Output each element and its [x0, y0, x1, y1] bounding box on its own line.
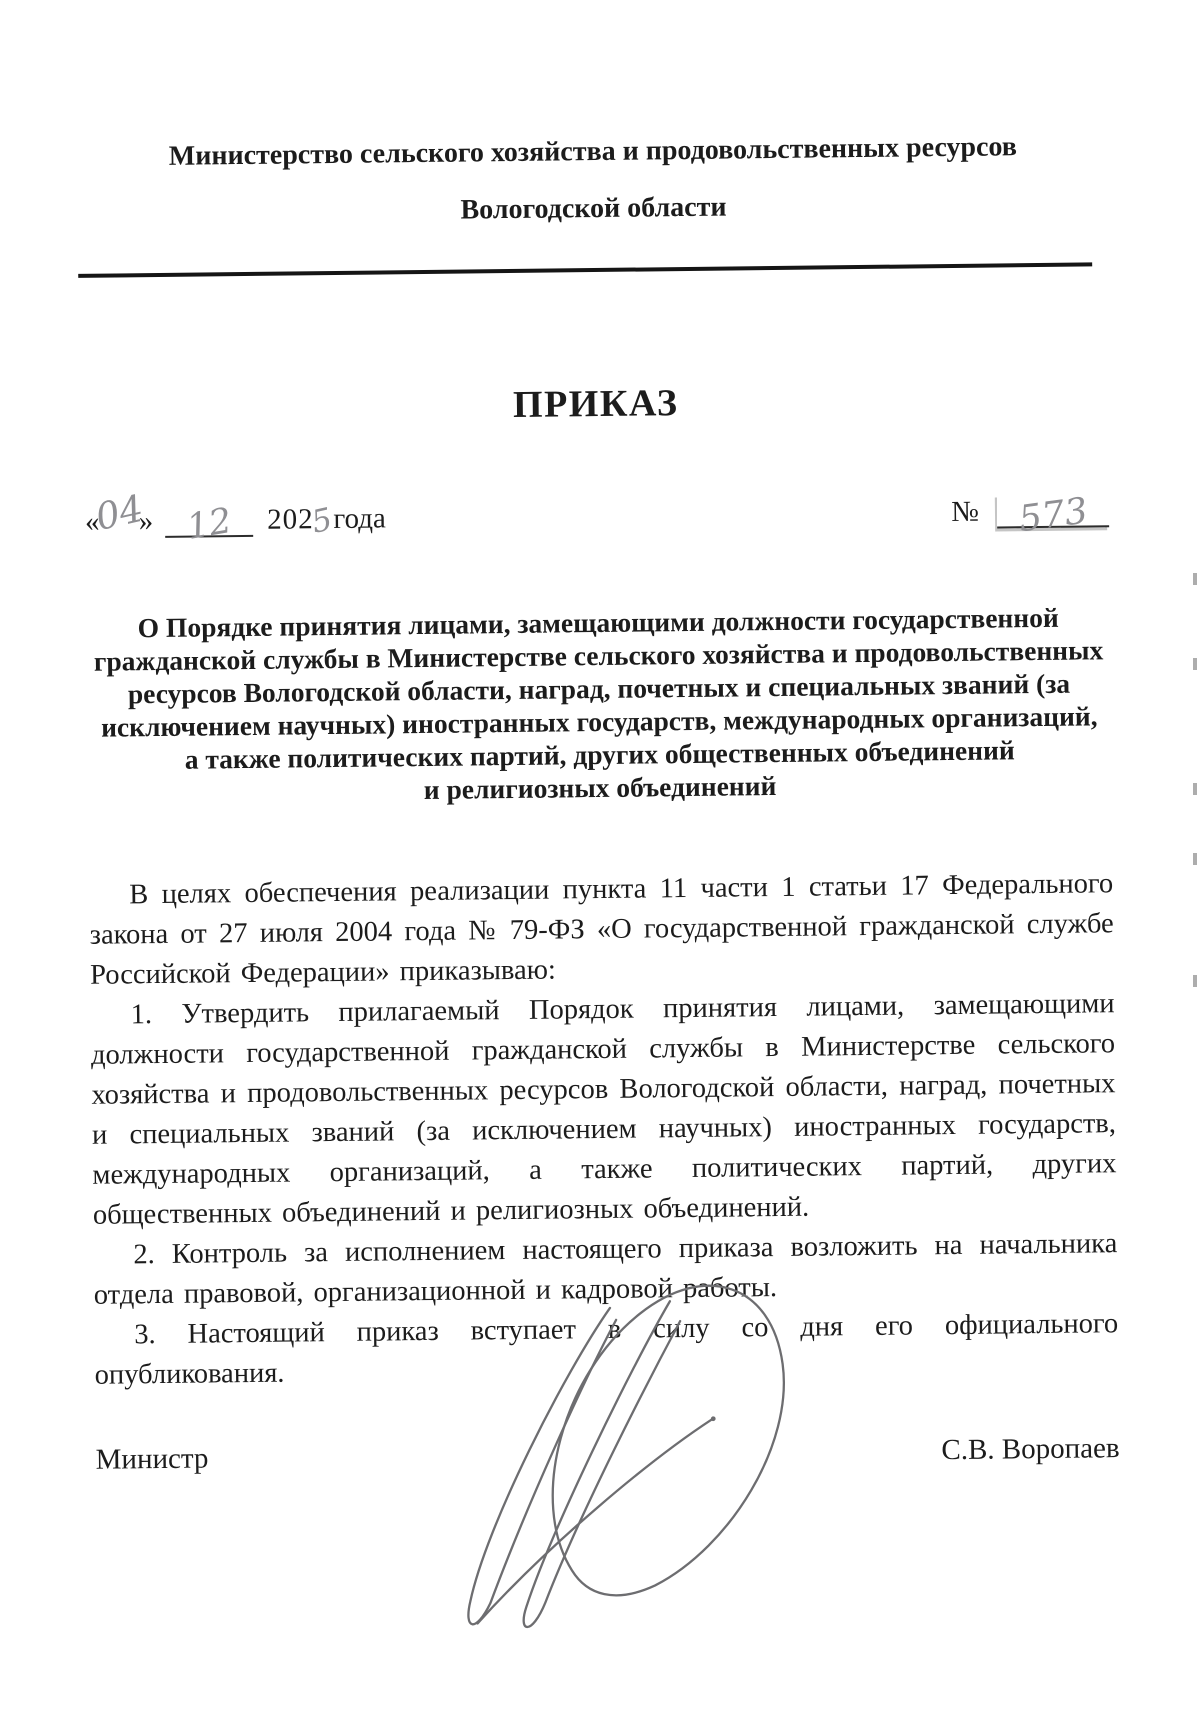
month-blank-line: 12 — [165, 503, 253, 538]
year-word: года — [333, 502, 386, 536]
handwritten-signature — [405, 1227, 830, 1672]
year-printed: 202 — [267, 503, 314, 537]
header-divider-line — [78, 262, 1092, 278]
scan-artifact-tick — [1193, 783, 1197, 795]
document-page: Министерство сельского хозяйства и продо… — [0, 0, 1200, 1736]
signature-stroke — [550, 1285, 786, 1596]
scan-artifact-tick — [1193, 853, 1197, 865]
signature-stroke — [475, 1420, 713, 1624]
handwritten-month: 12 — [185, 506, 234, 543]
date-field: «04»122025года — [85, 492, 386, 538]
scan-artifact-tick — [1193, 658, 1197, 670]
order-number-field: №573 — [951, 493, 1109, 529]
scan-artifact-tick — [1193, 975, 1197, 987]
number-blank-line: 573 — [997, 493, 1109, 528]
signature-stroke — [465, 1308, 620, 1625]
scan-artifact-tick — [1193, 573, 1197, 585]
number-sign: № — [951, 496, 979, 529]
date-and-number-row: «04»122025года №573 — [85, 484, 1109, 539]
signer-name: С.В. Воропаев — [941, 1432, 1120, 1467]
preamble-paragraph: В целях обеспечения реализации пункта 11… — [89, 864, 1114, 996]
ministry-name-line2: Вологодской области — [0, 186, 1194, 232]
handwritten-number: 573 — [1017, 496, 1089, 535]
signer-position: Министр — [95, 1442, 208, 1476]
order-title: О Порядке принятия лицами, замещающими д… — [38, 600, 1160, 811]
ministry-header: Министерство сельского хозяйства и продо… — [0, 129, 1194, 232]
document-type-heading: ПРИКАЗ — [0, 375, 1196, 433]
item-1-paragraph: 1. Утвердить прилагаемый Порядок приняти… — [90, 984, 1117, 1236]
ministry-name-line1: Министерство сельского хозяйства и продо… — [0, 129, 1193, 175]
